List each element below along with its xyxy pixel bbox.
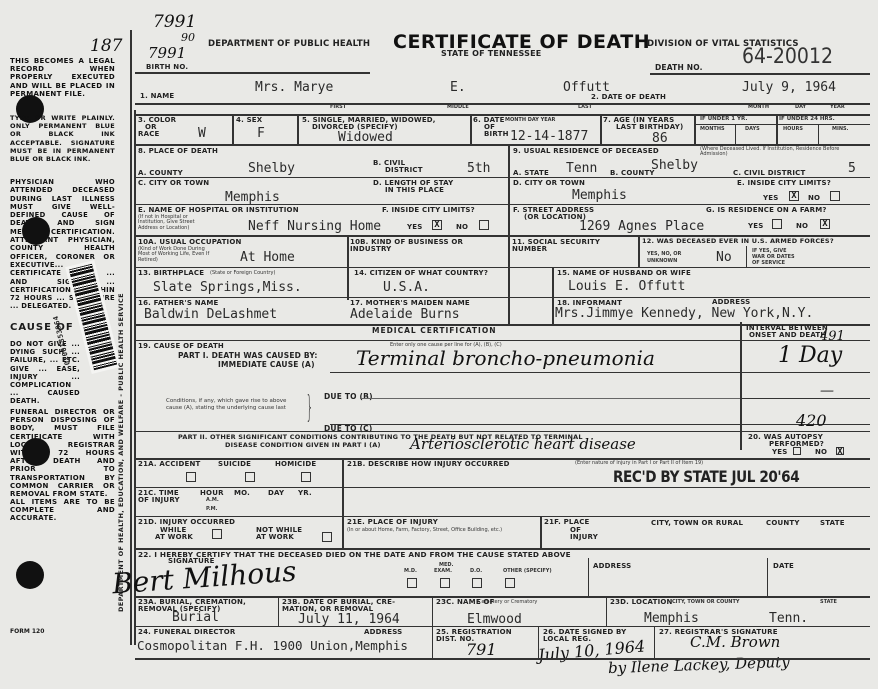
code-a: 491	[820, 329, 845, 344]
rule	[135, 431, 870, 432]
location-city-value: Memphis	[644, 611, 699, 626]
divider	[776, 114, 778, 144]
hospital-value: Neff Nursing Home	[248, 219, 381, 234]
received-stamp: REC'D BY STATE JUL 20'64	[613, 467, 799, 486]
at-work-label: AT WORK	[155, 534, 193, 541]
residence-district-value: 5	[848, 161, 856, 176]
part2-label-2: DISEASE CONDITION GIVEN IN PART I (A)	[225, 442, 381, 449]
funeral-director-label: 24. FUNERAL DIRECTOR	[138, 629, 236, 636]
birth-number-label: BIRTH NO.	[146, 64, 188, 71]
brace: }	[306, 390, 314, 425]
divider	[540, 516, 542, 548]
occupation-value: At Home	[240, 250, 295, 265]
armed-forces-sub: YES, NO, OR	[647, 252, 681, 257]
margin-note-legal-record: This becomes a legal record when properl…	[10, 57, 115, 98]
punch-hole	[22, 438, 50, 466]
location-state-label: STATE	[820, 600, 837, 605]
days-caption: DAYS	[745, 127, 760, 132]
farm-label: G. IS RESIDENCE ON A FARM?	[706, 207, 827, 214]
part2-value: Arteriosclerotic heart disease	[410, 435, 636, 453]
handwritten-top-number: 7991	[153, 12, 196, 32]
under-24-hours-label: IF UNDER 24 HRS.	[779, 117, 835, 123]
father-value: Baldwin DeLashmet	[144, 307, 277, 322]
injury-county-label: COUNTY	[766, 520, 800, 527]
punch-hole	[22, 217, 50, 245]
death-number-label: DEATH NO.	[655, 64, 703, 72]
months-caption: MONTHS	[700, 127, 725, 132]
death-inside-city-label: F. INSIDE CITY LIMITS?	[382, 207, 475, 214]
citizen-value: U.S.A.	[383, 280, 430, 295]
rule	[740, 398, 870, 399]
divider	[278, 596, 279, 626]
name-first-caption: FIRST	[330, 105, 346, 110]
name-middle-value: E.	[450, 80, 466, 95]
funeral-address-label: ADDRESS	[364, 629, 402, 636]
registrar-signature-value: C.M. Brown	[690, 633, 780, 651]
informant-value: Mrs.Jimmye Kennedy, New York,N.Y.	[555, 306, 813, 321]
death-county-value: Shelby	[248, 161, 295, 176]
divider	[552, 267, 554, 324]
marital-value: Widowed	[338, 130, 393, 145]
burial-date-value: July 11, 1964	[298, 612, 400, 627]
due-to-b-label: DUE TO (B)	[324, 393, 373, 401]
date-of-death-value: July 9, 1964	[742, 80, 836, 95]
injury-state-label: STATE	[820, 520, 845, 527]
hospital-sub-label: (If not in Hospital or Institution, Give…	[138, 215, 198, 231]
other-label: OTHER (SPECIFY)	[503, 569, 552, 574]
birth-date-value: 12-14-1877	[510, 129, 588, 144]
name-first-value: Mrs. Marye	[255, 80, 333, 95]
death-city-label: C. CITY OR TOWN	[138, 180, 209, 187]
deputy-signature-value: by Ilene Lackey, Deputy	[608, 653, 790, 677]
divider	[297, 114, 299, 144]
divider	[606, 596, 607, 626]
ssn-label-2: NUMBER	[512, 246, 547, 253]
armed-forces-sub-2: UNKNOWN	[647, 259, 677, 264]
death-inside-city-no-checkbox[interactable]	[479, 220, 489, 230]
rule-dotted	[360, 398, 740, 399]
residence-inside-city-label: E. INSIDE CITY LIMITS?	[737, 180, 831, 187]
medical-certification-heading: MEDICAL CERTIFICATION	[372, 327, 496, 335]
mo-label: MO.	[234, 490, 250, 497]
rule	[135, 204, 508, 205]
location-state-value: Tenn.	[769, 611, 808, 626]
certifier-date-label: DATE	[773, 563, 794, 570]
divider	[818, 124, 819, 144]
residence-inside-city-no-checkbox[interactable]	[830, 191, 840, 201]
divider	[654, 626, 655, 658]
department-label: DEPARTMENT OF PUBLIC HEALTH	[208, 40, 370, 49]
name-label: 1. NAME	[140, 93, 174, 100]
describe-injury-sub: (Enter nature of injury in Part I or Par…	[575, 461, 703, 466]
rule	[135, 340, 870, 341]
yes-label: YES	[763, 195, 779, 202]
rule	[135, 72, 370, 74]
residence-city-value: Memphis	[572, 188, 627, 203]
handwritten-corner-number: 187	[90, 36, 122, 56]
rule	[135, 626, 870, 627]
residence-inside-city-yes-checkbox[interactable]: X	[789, 191, 799, 201]
name-middle-caption: MIDDLE	[447, 105, 469, 110]
mins-caption: MINS.	[832, 127, 849, 132]
state-label: STATE OF TENNESSEE	[441, 50, 541, 58]
accident-checkbox[interactable]	[186, 472, 196, 482]
rule	[135, 487, 870, 488]
death-city-value: Memphis	[225, 190, 280, 205]
hours-caption: HOURS	[783, 127, 803, 132]
part1-label: PART I. DEATH WAS CAUSED BY:	[178, 352, 318, 360]
injury-occurred-label: 21d. INJURY OCCURRED	[138, 519, 235, 526]
business-label-2: INDUSTRY	[350, 246, 391, 253]
immediate-cause-label: IMMEDIATE CAUSE (A)	[218, 361, 315, 369]
rule	[135, 658, 870, 660]
md-checkbox[interactable]	[407, 578, 417, 588]
immediate-cause-value: Terminal broncho-pneumonia	[356, 346, 655, 370]
accident-label: 21a. ACCIDENT	[138, 461, 201, 468]
rule	[135, 516, 870, 517]
physician-signature: Bert Milhous	[111, 555, 297, 601]
street-address-sub: (OR LOCATION)	[524, 214, 586, 221]
certifier-address-label: ADDRESS	[593, 563, 631, 570]
margin-note-complete: All items are to be complete and accurat…	[10, 498, 115, 523]
handwritten-top-sub: 90	[181, 31, 195, 44]
citizen-label: 14. CITIZEN OF WHAT COUNTRY?	[354, 270, 488, 277]
death-number-value: 64-20012	[742, 44, 833, 68]
vertical-agency-text: DEPARTMENT OF HEALTH, EDUCATION, AND WEL…	[117, 293, 125, 612]
am-label: A.M.	[206, 498, 219, 503]
disposition-method-value: Burial	[172, 610, 219, 625]
death-district-label-2: DISTRICT	[385, 167, 423, 174]
rule	[508, 204, 870, 205]
divider	[746, 246, 747, 267]
street-address-value: 1269 Agnes Place	[579, 219, 704, 234]
autopsy-no-checkbox[interactable]: X	[836, 447, 844, 455]
rule	[508, 177, 870, 178]
year-caption: YEAR	[830, 105, 845, 110]
place-of-injury-label: 21e. PLACE OF INJURY	[347, 519, 438, 526]
day-label: DAY	[268, 490, 284, 497]
homicide-checkbox[interactable]	[301, 472, 311, 482]
rule	[650, 73, 870, 75]
residence-sub-label: (Where Deceased Lived. If Institution, R…	[700, 147, 865, 158]
death-district-value: 5th	[467, 161, 490, 176]
divider	[470, 114, 472, 144]
name-last-caption: LAST	[578, 105, 592, 110]
divider	[432, 596, 433, 658]
margin-cause-heading: CAUSE OF	[10, 322, 74, 333]
occupation-sub-label: (Kind of Work Done During Most of Workin…	[138, 247, 218, 263]
do-checkbox[interactable]	[472, 578, 482, 588]
residence-city-label: D. CITY OR TOWN	[513, 180, 585, 187]
armed-if-yes-3: OF SERVICE	[752, 261, 785, 266]
farm-no-checkbox[interactable]: X	[820, 219, 830, 229]
death-certificate: 187 This becomes a legal record when pro…	[0, 0, 878, 689]
place-of-death-label: 8. PLACE OF DEATH	[138, 148, 218, 155]
divider	[638, 235, 640, 267]
divider	[342, 458, 344, 550]
residence-label: 9. USUAL RESIDENCE OF DECEASED	[513, 148, 659, 155]
suicide-checkbox[interactable]	[245, 472, 255, 482]
while-at-work-checkbox[interactable]	[212, 529, 222, 539]
autopsy-yes-checkbox[interactable]	[793, 447, 801, 455]
md-label: M.D.	[404, 569, 417, 574]
date-of-death-label: 2. DATE OF DEATH	[591, 94, 666, 101]
interval-label-2: ONSET AND DEATH	[749, 332, 826, 339]
rule	[330, 372, 870, 373]
homicide-label: HOMICIDE	[275, 461, 316, 468]
death-inside-city-yes-checkbox[interactable]: X	[432, 220, 442, 230]
place-of-injury-sub: (In or about Home, Farm, Factory, Street…	[347, 528, 502, 533]
rule	[695, 124, 870, 125]
birthplace-label: 13. BIRTHPLACE	[138, 270, 204, 277]
cause-of-death-label: 19. CAUSE OF DEATH	[138, 343, 224, 350]
cemetery-value: Elmwood	[467, 612, 522, 627]
birthplace-value: Slate Springs,Miss.	[153, 280, 302, 295]
registration-district-value: 791	[466, 640, 497, 659]
birth-number-value: 7991	[148, 44, 186, 62]
margin-note-cause: Do not give ... dying such ... failure, …	[10, 340, 80, 406]
month-caption: MONTH	[748, 105, 769, 110]
time-of-injury-label-2: OF INJURY	[138, 497, 180, 504]
residence-state-value: Tenn	[566, 161, 597, 176]
divider	[694, 114, 696, 144]
divider	[735, 124, 736, 144]
no-label: NO	[815, 449, 827, 456]
injury-city-label: CITY, TOWN OR RURAL	[651, 520, 743, 527]
race-label-race: RACE	[138, 131, 160, 138]
no-label: NO	[796, 223, 808, 230]
immediate-interval-value: 1 Day	[778, 343, 842, 368]
yr-label: YR.	[298, 490, 312, 497]
not-at-work-label: AT WORK	[256, 534, 294, 541]
armed-forces-label: 12. WAS DECEASED EVER IN U.S. ARMED FORC…	[642, 238, 834, 245]
place-f-label-3: INJURY	[570, 534, 598, 541]
frame-left	[130, 30, 132, 645]
birthplace-sub: (State or Foreign Country)	[210, 271, 275, 276]
divider	[767, 558, 768, 596]
age-label-2: LAST BIRTHDAY)	[616, 124, 683, 131]
length-of-stay-label-2: IN THIS PLACE	[385, 187, 444, 194]
form-number: FORM 120	[10, 628, 44, 635]
armed-forces-value: No	[716, 250, 732, 265]
location-sub: CITY, TOWN OR COUNTY	[672, 600, 740, 605]
yes-label: YES	[772, 449, 788, 456]
no-label: NO	[808, 195, 820, 202]
rule	[330, 424, 870, 425]
rule	[135, 267, 870, 268]
punch-hole	[16, 561, 44, 589]
code-b: —	[820, 383, 834, 399]
residence-county-value: Shelby	[651, 158, 698, 173]
pm-label: P.M.	[206, 507, 218, 512]
under-1-year-label: IF UNDER 1 YR.	[700, 117, 747, 123]
cemetery-sub: Cemetery or Crematory	[478, 600, 537, 605]
spouse-label: 15. NAME OF HUSBAND OR WIFE	[557, 270, 691, 277]
funeral-director-value: Cosmopolitan F.H. 1900 Union,Memphis	[137, 638, 408, 653]
mother-value: Adelaide Burns	[350, 307, 460, 322]
no-label: NO	[456, 224, 468, 231]
med-exam-checkbox[interactable]	[440, 578, 450, 588]
sex-label: 4. SEX	[236, 117, 262, 124]
code-c: 420	[796, 411, 827, 430]
suicide-label: SUICIDE	[218, 461, 251, 468]
other-checkbox[interactable]	[505, 578, 515, 588]
rule	[135, 297, 870, 298]
yes-label: YES	[748, 223, 764, 230]
margin-note-ink: Type or write plainly. Only permanent bl…	[10, 114, 115, 163]
do-label: D.O.	[470, 569, 482, 574]
location-label: 23d. LOCATION	[610, 599, 673, 606]
divider	[588, 558, 589, 596]
place-f-label: 21f. PLACE	[544, 519, 590, 526]
spouse-value: Louis E. Offutt	[568, 279, 685, 294]
day-caption: DAY	[795, 105, 806, 110]
farm-yes-checkbox[interactable]	[772, 219, 782, 229]
divider	[232, 114, 234, 144]
exam-label: EXAM.	[434, 569, 452, 574]
race-value: W	[198, 126, 206, 141]
birth-date-sub: MONTH DAY YEAR	[505, 118, 555, 123]
not-while-at-work-checkbox[interactable]	[322, 532, 332, 542]
conditions-note: Conditions, if any, which gave rise to a…	[166, 398, 296, 412]
rule	[135, 177, 508, 178]
describe-injury-label: 21b. DESCRIBE HOW INJURY OCCURRED	[347, 461, 510, 468]
divider	[600, 114, 602, 144]
race-label: 3. COLOR	[138, 117, 176, 124]
sex-value: F	[257, 126, 265, 141]
yes-label: YES	[407, 224, 423, 231]
birth-date-label-birth: BIRTH	[484, 131, 509, 138]
